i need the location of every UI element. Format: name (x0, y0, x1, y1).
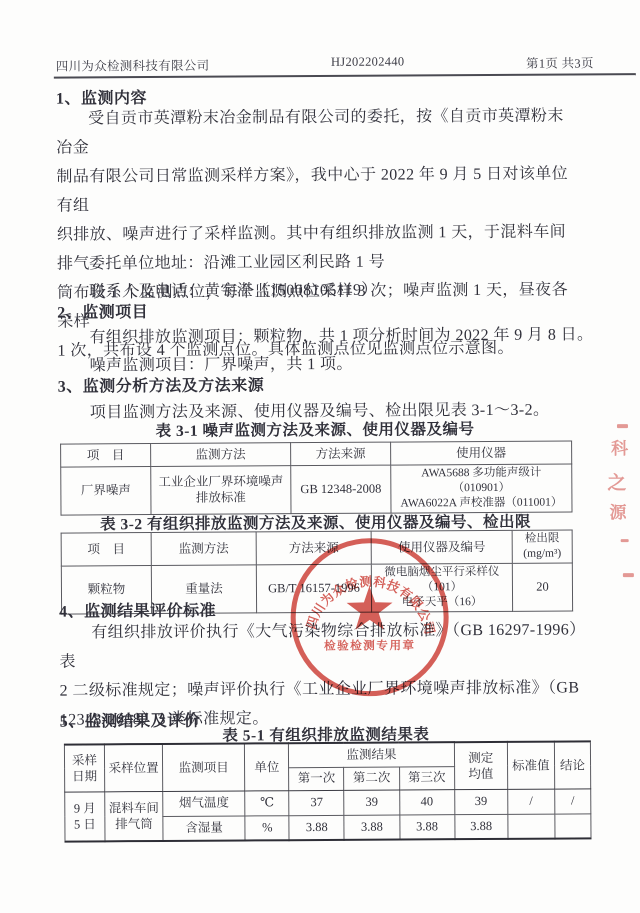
page-header: 四川为众检测科技有限公司 HJ202202440 第1页 共3页 (56, 53, 594, 74)
table-3-1-title: 表 3-1 噪声监测方法及来源、使用仪器及编号 (58, 416, 572, 441)
t51-cell-v2-1: 39 (344, 790, 399, 815)
t51-header-third: 第三次 (399, 766, 454, 789)
t51-cell-std-1: / (507, 789, 554, 814)
t31-header-item: 项 目 (61, 444, 151, 468)
t51-cell-v1-1: 37 (289, 790, 344, 815)
table-3-1: 项 目 监测方法 方法来源 使用仪器 厂界噪声 工业企业厂界环境噪声 排放标准 … (60, 440, 572, 515)
t51-cell-v2-2: 3.88 (344, 815, 399, 840)
t31-cell-method: 工业企业厂界环境噪声 排放标准 (151, 466, 291, 515)
section-3-heading: 3、监测分析方法及方法来源 (58, 372, 265, 396)
t51-cell-std-2 (508, 814, 555, 839)
t31-cell-item: 厂界噪声 (61, 467, 151, 515)
header-company: 四川为众检测科技有限公司 (56, 56, 210, 75)
header-report-number: HJ202202440 (331, 54, 405, 72)
page-content: 四川为众检测科技有限公司 HJ202202440 第1页 共3页 1、监测内容 … (0, 0, 640, 913)
t51-cell-date: 9 月 5 日 (65, 791, 105, 841)
t32-cell-detection-limit: 20 (512, 563, 572, 611)
header-page-number: 第1页 共3页 (526, 53, 594, 71)
t51-header-unit: 单位 (245, 743, 289, 790)
t31-cell-source: GB 12348-2008 (291, 465, 391, 513)
edge-seal-mark-3 (623, 573, 634, 577)
edge-seal-mark-2 (621, 539, 629, 542)
t51-cell-v1-2: 3.88 (289, 815, 344, 840)
t51-header-location: 采样位置 (104, 744, 162, 791)
t51-header-average: 测定 均值 (454, 742, 507, 789)
t51-cell-location: 混料车间 排气筒 (105, 791, 163, 841)
t51-header-item: 监测项目 (163, 743, 245, 791)
edge-seal-character-1: 科 (611, 434, 628, 459)
t31-cell-instrument: AWA5688 多功能声级计（010901） AWA6022A 声校准器（011… (391, 464, 572, 513)
t51-header-first: 第一次 (289, 767, 344, 790)
edge-seal-mark-1 (617, 424, 628, 428)
t51-cell-avg-1: 39 (454, 789, 507, 814)
table-5-1-data-row-1: 9 月 5 日 混料车间 排气筒 烟气温度 ℃ 37 39 40 39 / / (65, 788, 591, 816)
section-2-line-1: 有组织排放监测项目：颗粒物，共 1 项分析时间为 2022 年 9 月 8 日。 (89, 321, 593, 347)
table-5-1: 采样 日期 采样位置 监测项目 单位 监测结果 测定 均值 标准值 结论 第一次… (64, 740, 592, 842)
client-address: 委托单位地址：沿滩工业园区利民路 1 号 (89, 249, 385, 274)
seal-star-icon (347, 586, 393, 630)
section-2-heading: 2、监测项目 (57, 299, 148, 323)
t51-header-results: 监测结果 (289, 742, 454, 767)
t51-header-conclusion: 结论 (554, 741, 590, 788)
t51-cell-item-2: 含湿量 (163, 815, 245, 841)
t51-header-date: 采样 日期 (64, 744, 104, 791)
t32-header-method: 监测方法 (151, 532, 256, 566)
t32-header-detection-limit: 检出限 (mg/m³) (512, 530, 572, 563)
table-3-1-header-row: 项 目 监测方法 方法来源 使用仪器 (61, 441, 572, 467)
t51-cell-unit-2: % (245, 815, 289, 840)
table-5-1-header-row-1: 采样 日期 采样位置 监测项目 单位 监测结果 测定 均值 标准值 结论 (64, 741, 590, 768)
edge-seal-character-3: 源 (609, 498, 626, 523)
table-3-1-data-row: 厂界噪声 工业企业厂界环境噪声 排放标准 GB 12348-2008 AWA56… (61, 464, 572, 515)
t51-cell-conclusion-1: / (555, 788, 591, 813)
company-seal-stamp: 四川为众检测科技有限公司 检验检测专用章 (287, 534, 453, 700)
t51-cell-unit-1: ℃ (245, 790, 289, 815)
scanned-report-page: 四川为众检测科技有限公司 HJ202202440 第1页 共3页 1、监测内容 … (0, 0, 640, 913)
client-contact: 联系人及电话：黄宇湛（15008105119） (89, 277, 378, 302)
t51-cell-conclusion-2 (555, 813, 591, 838)
t31-header-source: 方法来源 (291, 442, 391, 466)
seal-subtitle-text: 检验检测专用章 (324, 638, 416, 653)
t51-header-second: 第二次 (344, 767, 399, 790)
t51-cell-avg-2: 3.88 (455, 814, 508, 839)
t31-header-instrument: 使用仪器 (391, 441, 572, 465)
t51-cell-v3-1: 40 (399, 789, 454, 814)
t51-header-standard: 标准值 (507, 742, 554, 789)
t51-cell-item-1: 烟气温度 (163, 790, 245, 816)
edge-seal-character-2: 之 (607, 468, 626, 495)
t32-header-item: 项 目 (61, 533, 151, 566)
t31-header-method: 监测方法 (151, 443, 291, 467)
t51-cell-v3-2: 3.88 (399, 814, 454, 839)
